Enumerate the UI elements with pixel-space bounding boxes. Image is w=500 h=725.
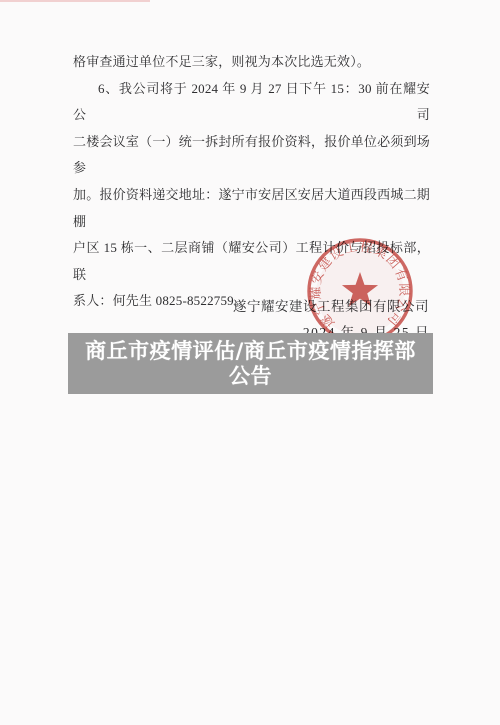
body-line: 加。报价资料递交地址：遂宁市安居区安居大道西段西城二期棚 bbox=[73, 182, 430, 235]
body-line: 户区 15 栋一、二层商铺（耀安公司）工程计价与招投标部，联 bbox=[73, 235, 430, 288]
signature-company-name: 遂宁耀安建设工程集团有限公司 bbox=[233, 295, 429, 315]
watermark-title-banner: 商丘市疫情评估/商丘市疫情指挥部 公告 bbox=[68, 333, 433, 394]
scan-edge-artifact bbox=[0, 0, 150, 2]
body-line: 二楼会议室（一）统一拆封所有报价资料，报价单位必须到场参 bbox=[73, 129, 430, 182]
body-line: 格审查通过单位不足三家，则视为本次比选无效）。 bbox=[73, 49, 430, 76]
body-line: 6、我公司将于 2024 年 9 月 27 日下午 15：30 前在耀安公司 bbox=[73, 76, 430, 129]
scanned-document-page: 格审查通过单位不足三家，则视为本次比选无效）。 6、我公司将于 2024 年 9… bbox=[0, 0, 500, 725]
watermark-title-line1: 商丘市疫情评估/商丘市疫情指挥部 bbox=[85, 339, 416, 364]
document-body: 格审查通过单位不足三家，则视为本次比选无效）。 6、我公司将于 2024 年 9… bbox=[73, 49, 430, 315]
watermark-title-line2: 公告 bbox=[229, 364, 272, 389]
